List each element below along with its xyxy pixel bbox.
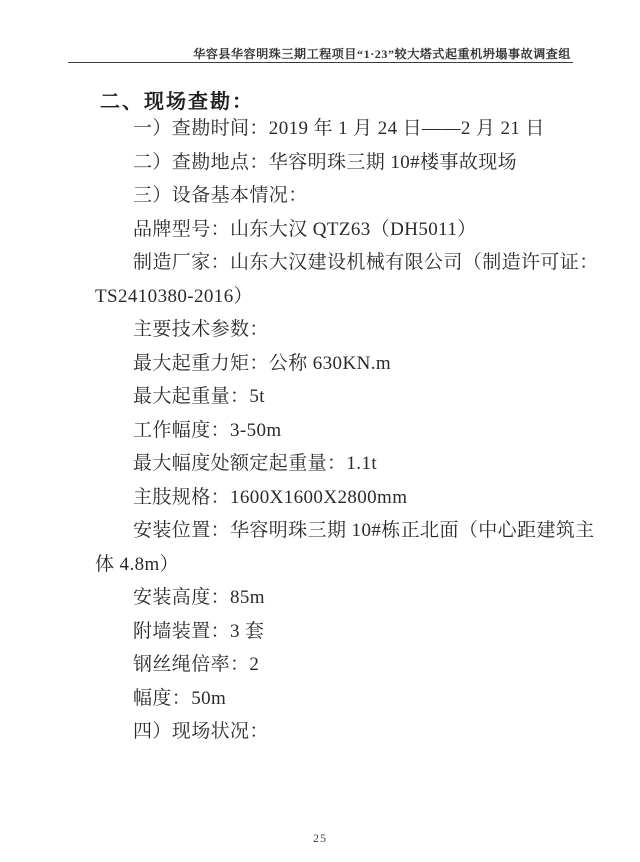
body-line-max-moment: 最大起重力矩：公称 630KN.m bbox=[95, 347, 590, 381]
body-line-survey-location: 二）查勘地点：华容明珠三期 10#楼事故现场 bbox=[95, 146, 590, 180]
document-body: 一）查勘时间：2019 年 1 月 24 日——2 月 21 日 二）查勘地点：… bbox=[95, 112, 590, 749]
document-page: 华容县华容明珠三期工程项目“1·23”较大塔式起重机坍塌事故调查组 二、现场查勘… bbox=[0, 0, 640, 862]
body-line-wall-ties: 附墙装置：3 套 bbox=[95, 615, 590, 649]
body-line-rope-ratio: 钢丝绳倍率：2 bbox=[95, 648, 590, 682]
header-rule bbox=[68, 62, 573, 63]
body-line-rated-load: 最大幅度处额定起重量：1.1t bbox=[95, 447, 590, 481]
body-line-working-range: 工作幅度：3-50m bbox=[95, 414, 590, 448]
body-line-install-position: 安装位置：华容明珠三期 10#栋正北面（中心距建筑主 bbox=[95, 514, 590, 548]
body-line-equipment-basic: 三）设备基本情况： bbox=[95, 179, 590, 213]
body-line-site-condition: 四）现场状况： bbox=[95, 715, 590, 749]
body-line-license-cont: TS2410380-2016） bbox=[95, 280, 590, 314]
page-number: 25 bbox=[0, 831, 640, 846]
body-line-manufacturer: 制造厂家：山东大汉建设机械有限公司（制造许可证： bbox=[95, 246, 590, 280]
body-line-install-height: 安装高度：85m bbox=[95, 581, 590, 615]
page-header-text: 华容县华容明珠三期工程项目“1·23”较大塔式起重机坍塌事故调查组 bbox=[70, 45, 571, 62]
body-line-position-cont: 体 4.8m） bbox=[95, 548, 590, 582]
body-line-max-load: 最大起重量：5t bbox=[95, 380, 590, 414]
body-line-main-parameters: 主要技术参数： bbox=[95, 313, 590, 347]
body-line-main-chord-spec: 主肢规格：1600X1600X2800mm bbox=[95, 481, 590, 515]
body-line-radius: 幅度：50m bbox=[95, 682, 590, 716]
body-line-brand-model: 品牌型号：山东大汉 QTZ63（DH5011） bbox=[95, 213, 590, 247]
body-line-survey-time: 一）查勘时间：2019 年 1 月 24 日——2 月 21 日 bbox=[95, 112, 590, 146]
section-title: 二、现场查勘： bbox=[100, 85, 254, 114]
